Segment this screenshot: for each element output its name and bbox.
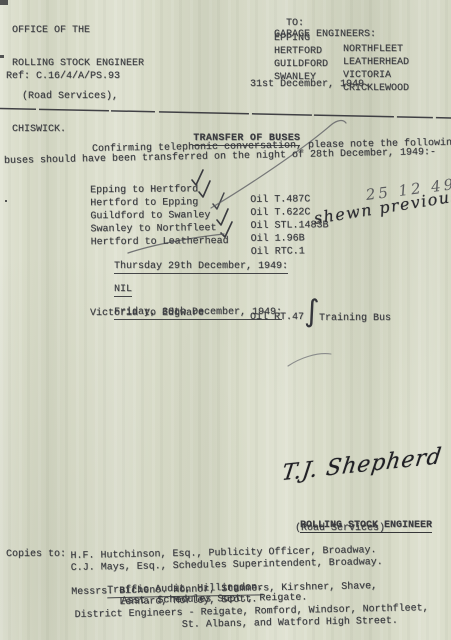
- garage-name: NORTHFLEET: [343, 44, 403, 55]
- transfer-row: Hertford to Leatherhead Oil RTC.1: [0, 227, 36, 271]
- transfer-route: Swanley to Northfleet: [90, 223, 216, 235]
- copies-label: Copies to:: [6, 549, 66, 560]
- office-line: OFFICE OF THE: [12, 25, 144, 36]
- letter-date: 31st December, 1949.: [250, 79, 370, 90]
- transfer-route: Guildford to Swanley: [90, 210, 210, 222]
- office-line: CHISWICK.: [12, 124, 144, 135]
- pencil-small-stroke: [288, 354, 331, 366]
- transfer-bus-number: Oil T.622C: [250, 207, 310, 219]
- office-line: ROLLING STOCK ENGINEER: [12, 58, 144, 69]
- friday-note: Training Bus: [319, 313, 391, 324]
- transfer-route: Epping to Hertford: [90, 184, 198, 196]
- thursday-heading-text: Thursday 29th December, 1949:: [114, 261, 288, 274]
- document-page: OFFICE OF THE ROLLING STOCK ENGINEER (Ro…: [0, 0, 451, 640]
- reference-number: Ref: C.16/4/A/PS.93: [6, 71, 120, 82]
- transfer-bus-number: Oil 1.96B: [251, 233, 305, 244]
- copies-list: H.F. Hutchinson, Esq., Publicity Officer…: [70, 544, 447, 636]
- recipients-block: TO: GARAGE ENGINEERS: EPPING NORTHFLEET …: [250, 7, 440, 77]
- paper-speck: [0, 55, 4, 58]
- to-label: TO:: [286, 18, 304, 29]
- friday-route: Victoria to Edgware: [90, 308, 204, 319]
- transfer-route: Hertford to Epping: [90, 197, 198, 209]
- garage-name: LEATHERHEAD: [343, 57, 409, 68]
- paper-speck: [0, 0, 8, 5]
- signature-role-sub: (Road Services): [295, 523, 385, 534]
- nil-text: NIL: [114, 284, 132, 297]
- office-line: (Road Services),: [12, 91, 144, 102]
- signature-handwriting: T.J. Shepherd: [281, 451, 442, 479]
- friday-bus-number: Oil RT.47: [250, 312, 304, 323]
- integral-brace-icon: ∫: [304, 297, 320, 327]
- transfer-route: Hertford to Leatherhead: [91, 236, 229, 248]
- transfer-bus-number: Oil T.487C: [250, 194, 310, 206]
